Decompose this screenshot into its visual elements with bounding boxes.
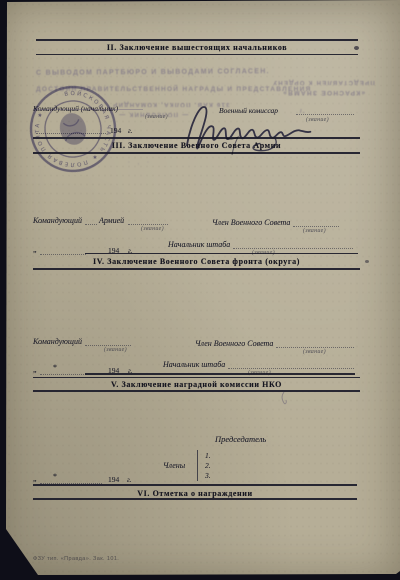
rule-under-section-iii (33, 152, 360, 154)
quote-v: „ (33, 474, 37, 483)
section-ii-title: II. Заключение вышестоящих начальников (36, 43, 358, 52)
council-member-label-iv: Член Военного Совета (195, 339, 273, 348)
ink-blot-top-right (354, 46, 359, 50)
rule-above-section-v-short (85, 373, 355, 375)
chief-of-staff-label-iv: Начальник штаба (163, 360, 225, 369)
rank-hint-iv-council: (звание) (303, 349, 326, 355)
chief-of-staff-label-iii: Начальник штаба (168, 240, 230, 249)
rule-under-section-iv (33, 268, 360, 270)
army-label-iii: Армией (99, 216, 124, 225)
year-v: 194 (108, 475, 119, 484)
rule-under-section-ii (36, 54, 358, 55)
quote-iv: „ (33, 365, 37, 374)
chairman-label: Председатель (215, 434, 266, 444)
scanned-document: II. Заключение вышестоящих начальников С… (0, 0, 400, 580)
rule-under-section-v (33, 390, 360, 392)
commander-label-iv: Командующий (33, 337, 82, 346)
rule-top-thick (36, 39, 358, 41)
year-g-v: г. (127, 476, 131, 484)
rule-under-section-vi (33, 498, 357, 500)
rank-hint-iv-commander: (звание) (104, 347, 127, 353)
quote-iii: „ (33, 245, 37, 254)
member-number-1: 1. (205, 451, 211, 460)
section-iii-title: III. Заключение Военного Совета Армии (33, 141, 360, 150)
member-number-2: 2. (205, 461, 211, 470)
date-blank-iv (40, 366, 86, 375)
overprint-mirror-top: ПРЕДСТАВЛЕН К ОРДЕНУ (272, 79, 375, 85)
rule-above-section-iii (33, 137, 360, 139)
rule-above-section-iv-short (85, 253, 358, 255)
date-blank-v (40, 475, 102, 484)
members-label: Члены (163, 461, 185, 470)
handwritten-seven-mark (222, 135, 242, 157)
council-rank-line-iii (293, 218, 339, 227)
members-brace-line (197, 450, 198, 481)
commander-label-iii: Командующий (33, 216, 82, 225)
member-number-3: 3. (205, 471, 211, 480)
council-member-label-iii: Член Военного Совета (212, 218, 290, 227)
rule-above-section-vi (33, 484, 357, 486)
commander-gap-line-iii (85, 216, 97, 225)
army-rank-line-iii (128, 216, 168, 225)
ink-speck-right-iv (365, 260, 369, 263)
section-iv-title: IV. Заключение Военного Совета фронта (о… (33, 257, 360, 266)
rank-hint-iii-army: (звание) (141, 226, 164, 232)
faint-pencil-dots: · ‚ · (128, 160, 152, 166)
chief-rank-line-iv (228, 360, 354, 369)
rank-hint-iii-council: (звание) (303, 228, 326, 234)
date-blank-iii (40, 246, 86, 255)
council-rank-line-iv (276, 339, 354, 348)
year-g-ii: г. (128, 127, 132, 135)
section-v-title: V. Заключение наградной комиссии НКО (33, 380, 360, 389)
print-shop-imprint: ФЗУ тип. «Правда». Зак. 101. (33, 556, 119, 562)
pencil-squiggle-mark (276, 390, 290, 406)
chief-rank-line-iii (233, 240, 353, 249)
section-vi-title: VI. Отметка о награждении (33, 489, 357, 498)
commander-rank-line-iv (85, 337, 131, 346)
rank-hint-ii-left: (звание) (145, 114, 168, 120)
rule-above-section-v-full (33, 377, 360, 378)
